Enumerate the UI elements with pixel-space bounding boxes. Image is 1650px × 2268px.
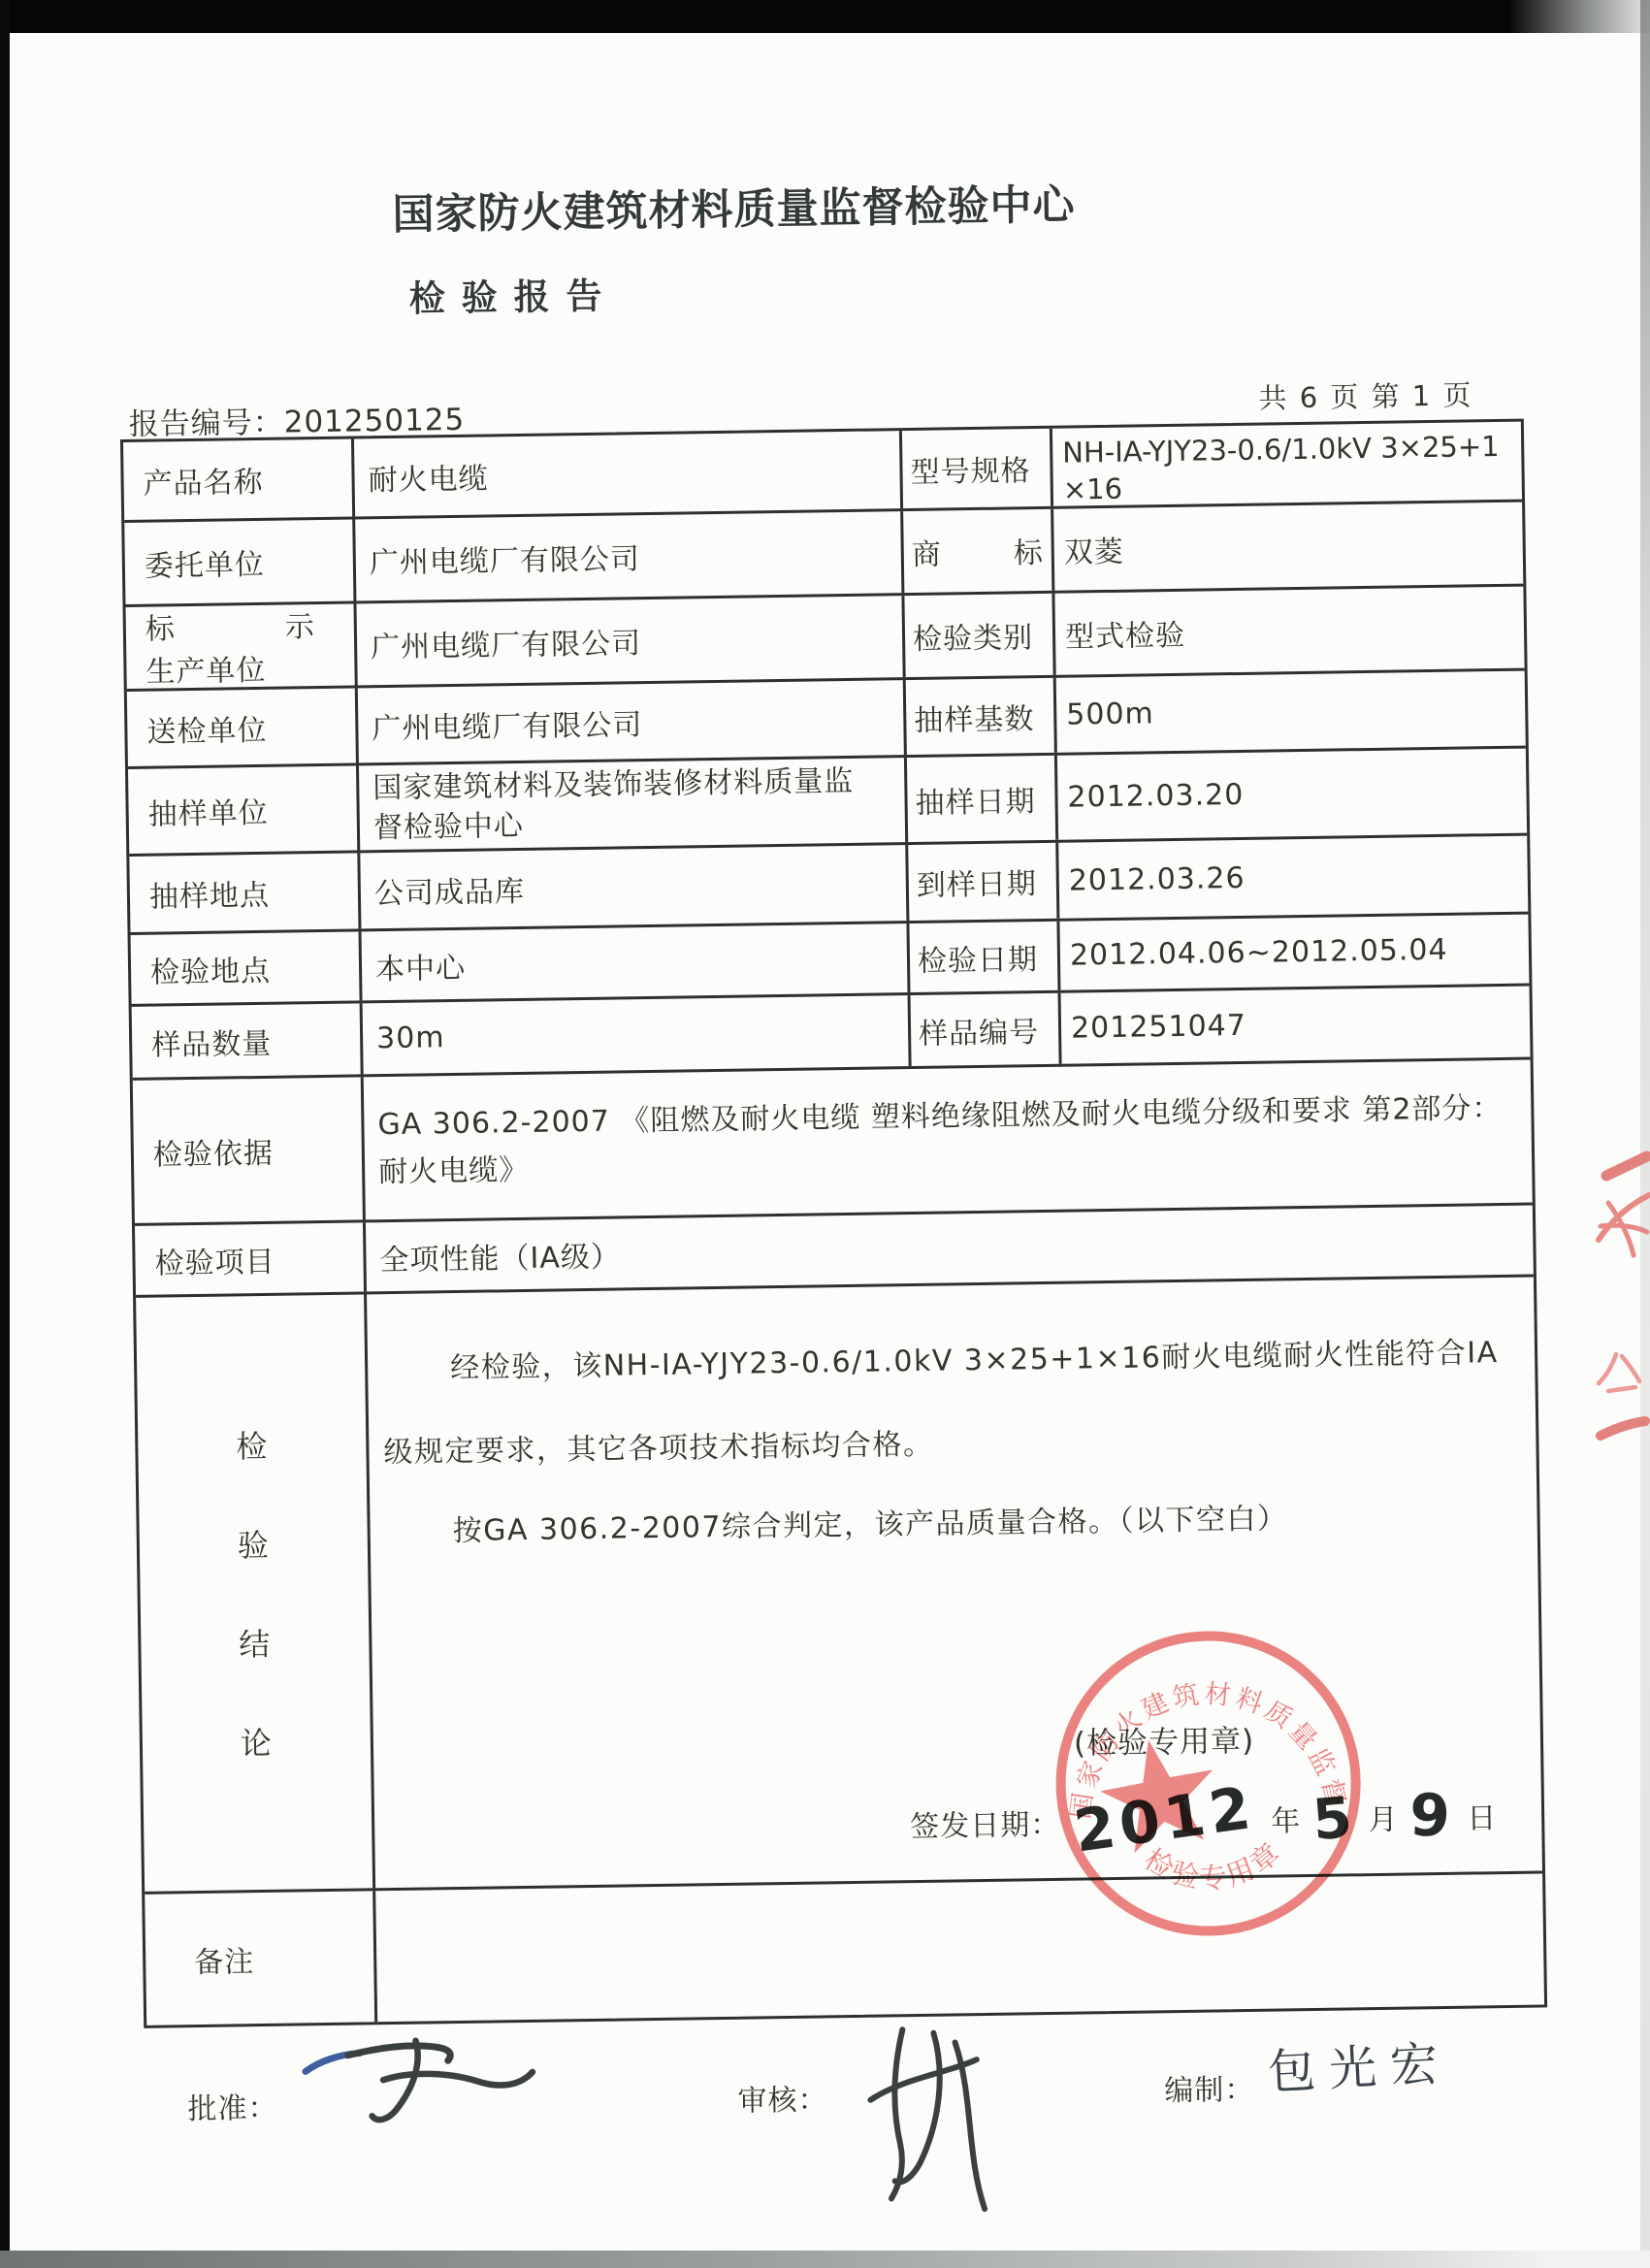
prepare-handwritten-name: 包光宏 <box>1266 2026 1452 2103</box>
label-line2: 生产单位 <box>146 645 316 689</box>
inspection-place-value: 本中心 <box>362 923 911 1000</box>
sampling-date-label: 抽样日期 <box>907 756 1058 842</box>
trademark-label: 商标 <box>903 509 1054 593</box>
stamp-ring-text: 国家防火建筑材料质量监督检验中心 <box>1041 1616 1351 1822</box>
sampling-date-value: 2012.03.20 <box>1057 749 1527 840</box>
sampling-unit-value: 国家建筑材料及装饰装修材料质量监督检验中心 <box>359 758 908 850</box>
sampling-place-label: 抽样地点 <box>129 853 361 932</box>
conclusion-label-char: 论 <box>241 1719 274 1764</box>
inspection-date-label: 检验日期 <box>909 922 1060 992</box>
remarks-label: 备注 <box>145 1891 377 2025</box>
report-title: 检 验 报 告 <box>408 267 603 322</box>
sample-no-value: 201251047 <box>1061 987 1531 1064</box>
page-count-info: 共 6 页 第 1 页 <box>1258 373 1473 416</box>
sample-quantity-value: 30m <box>363 995 912 1074</box>
conclusion-line3: 按GA 306.2-2007综合判定，该产品质量合格。（以下空白） <box>452 1494 1287 1549</box>
product-name-value: 耐火电缆 <box>354 431 903 516</box>
conclusion-line1: 经检验，该NH-ⅠA-YJY23-0.6/1.0kV 3×25+1×16耐火电缆… <box>450 1328 1499 1386</box>
inspection-type-value: 型式检验 <box>1054 587 1524 675</box>
client-label: 委托单位 <box>124 519 356 604</box>
red-stamp-fragment <box>1579 1143 1650 1463</box>
conclusion-label-char: 验 <box>237 1521 270 1566</box>
conclusion-label: 检 验 结 论 <box>136 1294 375 1891</box>
sampling-unit-label: 抽样单位 <box>128 765 360 854</box>
table-row: 检验依据 GA 306.2-2007 《阻燃及耐火电缆 塑料绝缘阻燃及耐火电缆分… <box>133 1060 1533 1226</box>
sample-no-label: 样品编号 <box>911 993 1062 1066</box>
marked-manufacturer-label: 标示 生产单位 <box>126 603 358 689</box>
review-label: 审核： <box>737 2075 828 2119</box>
center-name-title: 国家防火建筑材料质量监督检验中心 <box>392 172 1076 241</box>
product-name-label: 产品名称 <box>123 438 355 520</box>
label-char: 示 <box>284 603 315 645</box>
sampling-place-value: 公司成品库 <box>360 845 909 928</box>
review-signature <box>836 2017 1009 2219</box>
scanned-inspection-report-page: 国家防火建筑材料质量监督检验中心 检 验 报 告 报告编号：201250125 … <box>0 0 1650 2268</box>
red-official-stamp: 国家防火建筑材料质量监督检验中心 检验专用章 <box>1041 1616 1375 1951</box>
approve-label: 批准： <box>187 2084 278 2127</box>
client-value: 广州电缆厂有限公司 <box>355 511 904 600</box>
approve-signature <box>297 2025 551 2141</box>
stamp-bottom-text: 检验专用章 <box>1138 1834 1288 1896</box>
label-char: 标 <box>145 604 176 647</box>
marked-manufacturer-value: 广州电缆厂有限公司 <box>356 596 905 685</box>
conclusion-line2: 级规定要求，其它各项技术指标均合格。 <box>383 1420 934 1471</box>
prepare-label: 编制： <box>1164 2065 1255 2109</box>
day-unit: 日 <box>1467 1794 1498 1844</box>
trademark-value: 双菱 <box>1053 502 1523 591</box>
inspection-type-label: 检验类别 <box>904 594 1055 677</box>
sample-base-label: 抽样基数 <box>906 678 1057 755</box>
model-spec-value: NH-ⅠA-YJY23-0.6/1.0kV 3×25+1×16 <box>1052 422 1522 506</box>
conclusion-label-char: 检 <box>236 1422 269 1467</box>
inspection-basis-label: 检验依据 <box>133 1077 366 1223</box>
document-content: 国家防火建筑材料质量监督检验中心 检 验 报 告 报告编号：201250125 … <box>0 0 1650 2268</box>
sample-base-value: 500m <box>1056 671 1526 753</box>
inspection-basis-value: GA 306.2-2007 《阻燃及耐火电缆 塑料绝缘阻燃及耐火电缆分级和要求 … <box>364 1060 1533 1220</box>
model-spec-label: 型号规格 <box>902 429 1053 508</box>
issue-date-label: 签发日期： <box>910 1800 1061 1853</box>
handwritten-day: 9 <box>1408 1786 1452 1846</box>
inspection-items-label: 检验项目 <box>135 1222 367 1295</box>
conclusion-label-char: 结 <box>239 1620 272 1665</box>
inspection-date-value: 2012.04.06~2012.05.04 <box>1059 915 1529 990</box>
submitting-unit-value: 广州电缆厂有限公司 <box>358 680 907 762</box>
sample-quantity-label: 样品数量 <box>132 1003 364 1078</box>
submitting-unit-label: 送检单位 <box>127 688 359 766</box>
trademark-label-char: 商 <box>911 530 942 572</box>
arrival-date-value: 2012.03.26 <box>1058 836 1528 919</box>
trademark-label-char: 标 <box>1013 529 1044 571</box>
arrival-date-label: 到样日期 <box>908 843 1059 921</box>
inspection-place-label: 检验地点 <box>131 931 363 1004</box>
